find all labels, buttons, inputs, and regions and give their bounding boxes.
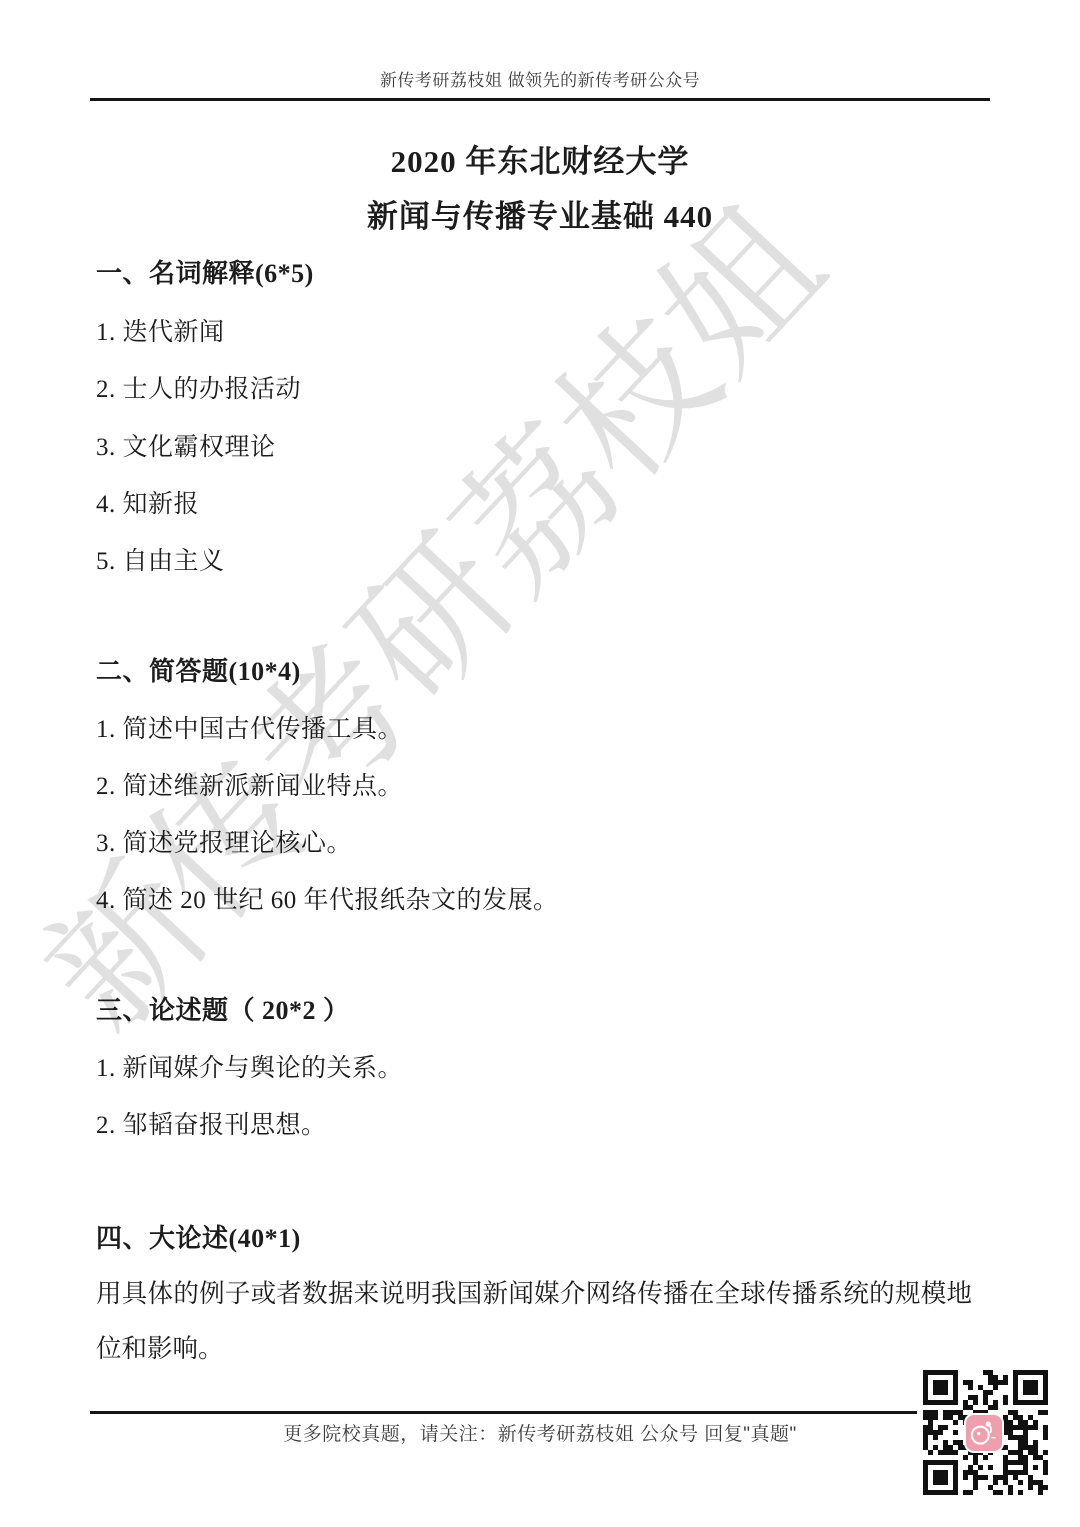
question-item: 2. 邹韬奋报刊思想。 bbox=[96, 1105, 327, 1141]
section-3-heading: 三、论述题（ 20*2 ） bbox=[96, 990, 350, 1027]
page-header-slogan: 新传考研荔枝姐 做领先的新传考研公众号 bbox=[0, 66, 1080, 91]
question-item: 4. 简述 20 世纪 60 年代报纸杂文的发展。 bbox=[96, 880, 559, 916]
question-item: 5. 自由主义 bbox=[96, 541, 225, 577]
question-item: 2. 士人的办报活动 bbox=[96, 369, 301, 405]
exam-title-subject: 新闻与传播专业基础 440 bbox=[0, 191, 1080, 236]
question-item: 1. 迭代新闻 bbox=[96, 312, 225, 348]
section-2-heading: 二、简答题(10*4) bbox=[96, 651, 301, 688]
question-item: 1. 简述中国古代传播工具。 bbox=[96, 709, 403, 745]
section-1-heading: 一、名词解释(6*5) bbox=[96, 253, 314, 290]
footer-divider bbox=[90, 1411, 917, 1414]
header-divider bbox=[90, 98, 990, 101]
section-4-heading: 四、大论述(40*1) bbox=[96, 1218, 301, 1255]
qr-center-logo-lychee-icon bbox=[966, 1415, 1002, 1451]
section-4-question-paragraph: 用具体的例子或者数据来说明我国新闻媒介网络传播在全球传播系统的规模地位和影响。 bbox=[96, 1266, 972, 1376]
question-item: 3. 文化霸权理论 bbox=[96, 427, 276, 463]
page-footer-note: 更多院校真题，请关注：新传考研荔枝姐 公众号 回复"真题" bbox=[0, 1419, 1080, 1446]
question-item: 3. 简述党报理论核心。 bbox=[96, 823, 352, 859]
question-item: 1. 新闻媒介与舆论的关系。 bbox=[96, 1048, 403, 1084]
question-item: 2. 简述维新派新闻业特点。 bbox=[96, 766, 403, 802]
exam-page: 新传考研荔枝姐 新传考研荔枝姐 做领先的新传考研公众号 2020 年东北财经大学… bbox=[0, 0, 1080, 1527]
question-item: 4. 知新报 bbox=[96, 484, 199, 520]
exam-title-year-school: 2020 年东北财经大学 bbox=[0, 136, 1080, 181]
